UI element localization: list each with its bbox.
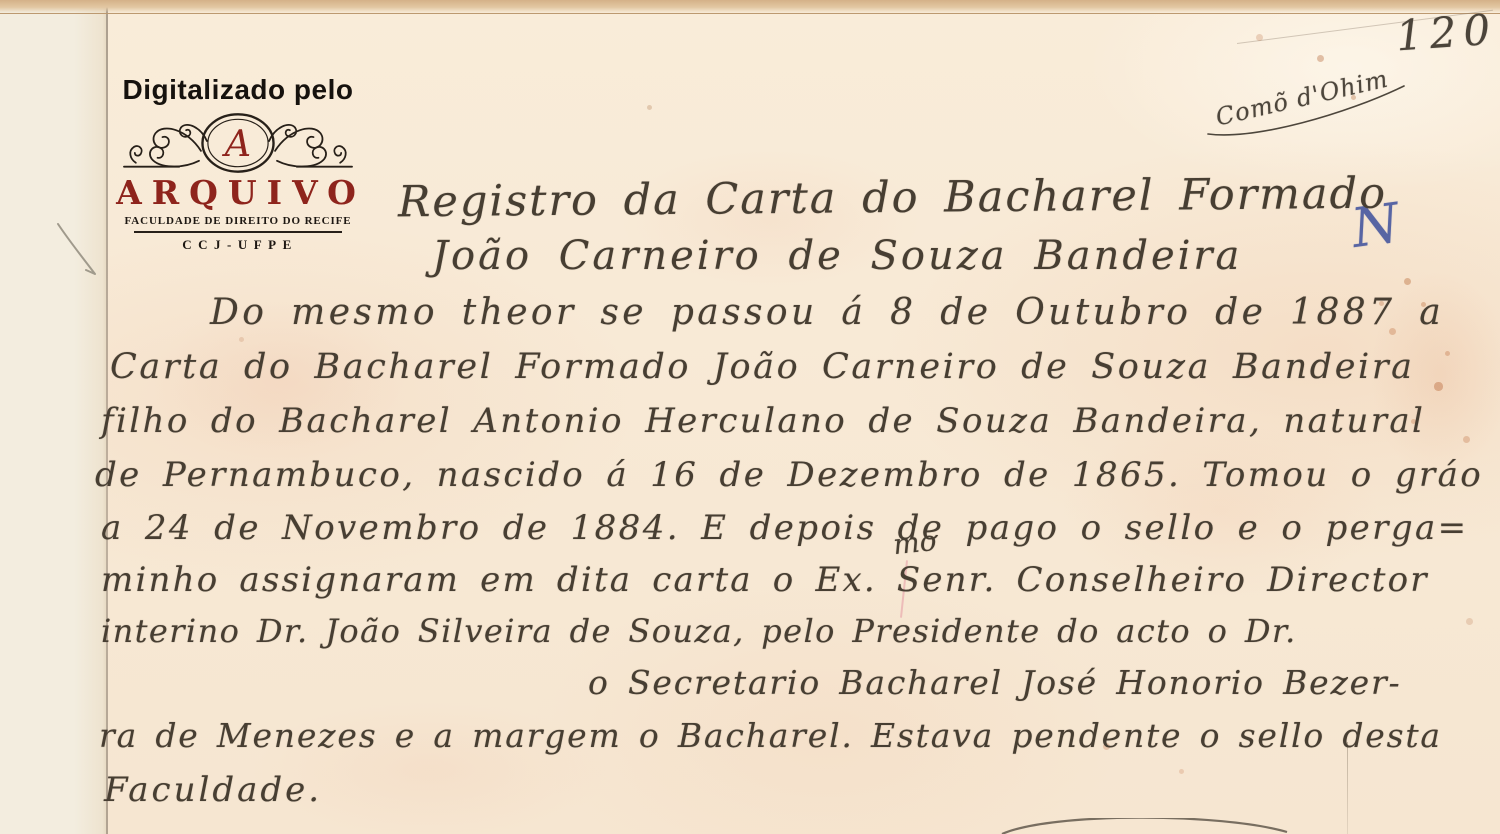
foxing-spots <box>0 0 3 3</box>
page-gutter <box>0 0 106 834</box>
manuscript-line: interino Dr. João Silveira de Souza, pel… <box>101 612 1297 650</box>
monogram-a-icon: A <box>222 122 251 165</box>
top-edge-stain <box>0 0 1500 14</box>
annotation-underline-flourish <box>1206 80 1406 142</box>
watermark-divider <box>134 231 342 233</box>
archive-watermark: Digitalizado pelo A ARQUIVO FACULDADE DE… <box>122 74 354 253</box>
manuscript-line: Do mesmo theor se passou á 8 de Outubro … <box>210 292 1444 333</box>
manuscript-line: a 24 de Novembro de 1884. E depois de pa… <box>101 508 1469 548</box>
manuscript-line: ra de Menezes e a margem o Bacharel. Est… <box>99 716 1442 755</box>
cut-off-flourish <box>992 818 1292 834</box>
watermark-ornament-icon: A <box>122 111 354 175</box>
watermark-prefix-label: Digitalizado pelo <box>123 74 354 106</box>
pencil-stroke <box>50 216 110 280</box>
manuscript-line: filho do Bacharel Antonio Herculano de S… <box>101 401 1425 441</box>
manuscript-line: de Pernambuco, nascido á 16 de Dezembro … <box>95 455 1483 495</box>
manuscript-line: Faculdade. <box>104 770 322 810</box>
manuscript-line: João Carneiro de Souza Bandeira <box>432 233 1242 279</box>
manuscript-line: Carta do Bacharel Formado João Carneiro … <box>110 347 1415 387</box>
handwritten-page-number: 120 <box>1394 5 1498 61</box>
watermark-org-label: CCJ-UFPE <box>178 237 298 253</box>
watermark-faculty-name: FACULDADE DE DIREITO DO RECIFE <box>124 215 351 227</box>
manuscript-line: o Secretario Bacharel José Honorio Bezer… <box>588 663 1402 702</box>
manuscript-line: minho assignaram em dita carta o Ex. Sen… <box>101 560 1429 600</box>
manuscript-line: Registro da Carta do Bacharel Formado <box>398 169 1387 228</box>
scanned-document-page: Digitalizado pelo A ARQUIVO FACULDADE DE… <box>0 0 1500 834</box>
paper-crease <box>1347 742 1348 834</box>
watermark-archive-name: ARQUIVO <box>110 173 366 212</box>
superscript-abbreviation: mo <box>891 524 938 561</box>
